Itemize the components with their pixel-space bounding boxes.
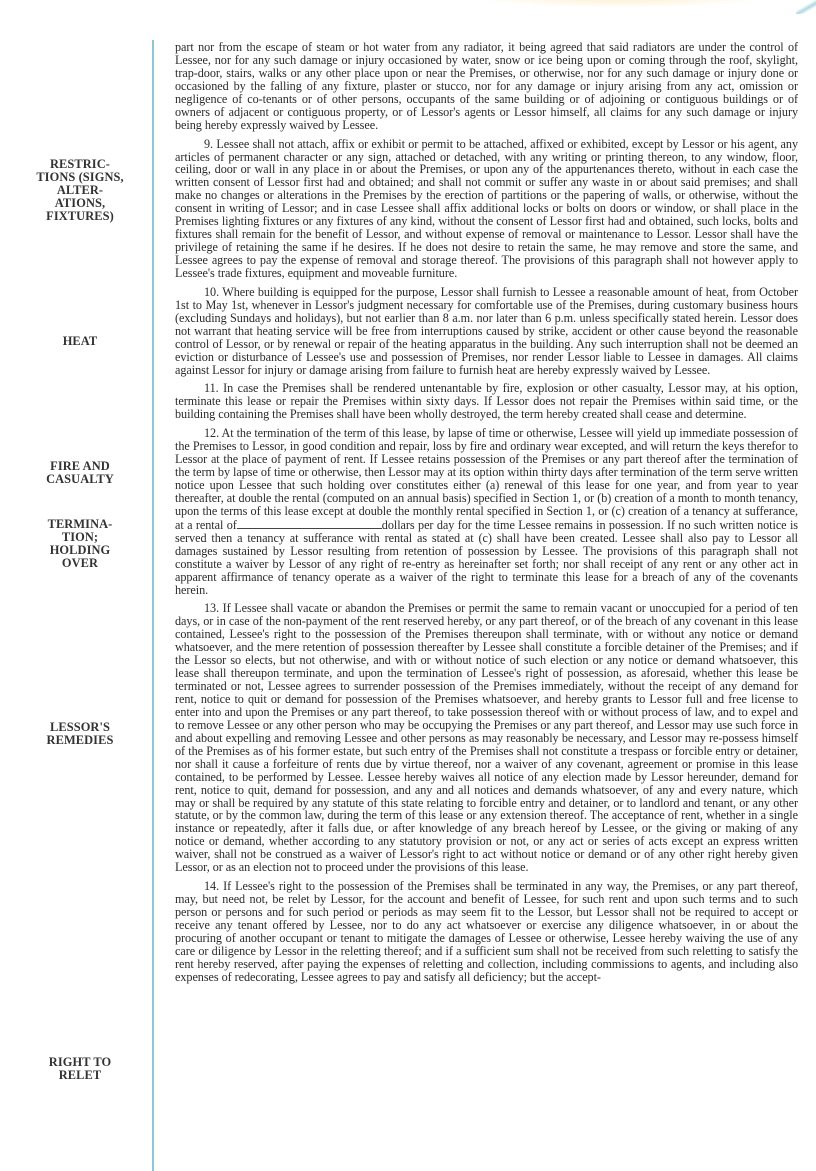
paragraph-12-part-b: dollars per day for the time Lessee rema…: [175, 518, 798, 597]
paper-stain: [470, 0, 770, 8]
margin-rule: [152, 40, 154, 1171]
paragraph-12-termination: 12. At the termination of the term of th…: [175, 427, 798, 596]
paragraph-8-continued: part nor from the escape of steam or hot…: [175, 41, 798, 132]
heading-fire-and-casualty: FIRE AND CASUALTY: [14, 460, 146, 486]
heading-right-to-relet: RIGHT TO RELET: [14, 1056, 146, 1082]
heading-heat: HEAT: [14, 335, 146, 348]
heading-restrictions: RESTRIC- TIONS (SIGNS, ALTER- ATIONS, FI…: [14, 158, 146, 223]
paragraph-12-part-a: 12. At the termination of the term of th…: [175, 426, 798, 532]
corner-mark: [796, 0, 816, 14]
rental-amount-blank[interactable]: [237, 518, 382, 529]
heading-termination-holding-over: TERMINA- TION; HOLDING OVER: [14, 518, 146, 570]
paragraph-9-restrictions: 9. Lessee shall not attach, affix or exh…: [175, 138, 798, 280]
paragraph-11-fire: 11. In case the Premises shall be render…: [175, 382, 798, 421]
lease-body: part nor from the escape of steam or hot…: [175, 41, 798, 990]
paragraph-14-relet: 14. If Lessee's right to the possession …: [175, 880, 798, 984]
heading-lessors-remedies: LESSOR'S REMEDIES: [14, 721, 146, 747]
paragraph-13-remedies: 13. If Lessee shall vacate or abandon th…: [175, 602, 798, 874]
paragraph-10-heat: 10. Where building is equipped for the p…: [175, 286, 798, 377]
